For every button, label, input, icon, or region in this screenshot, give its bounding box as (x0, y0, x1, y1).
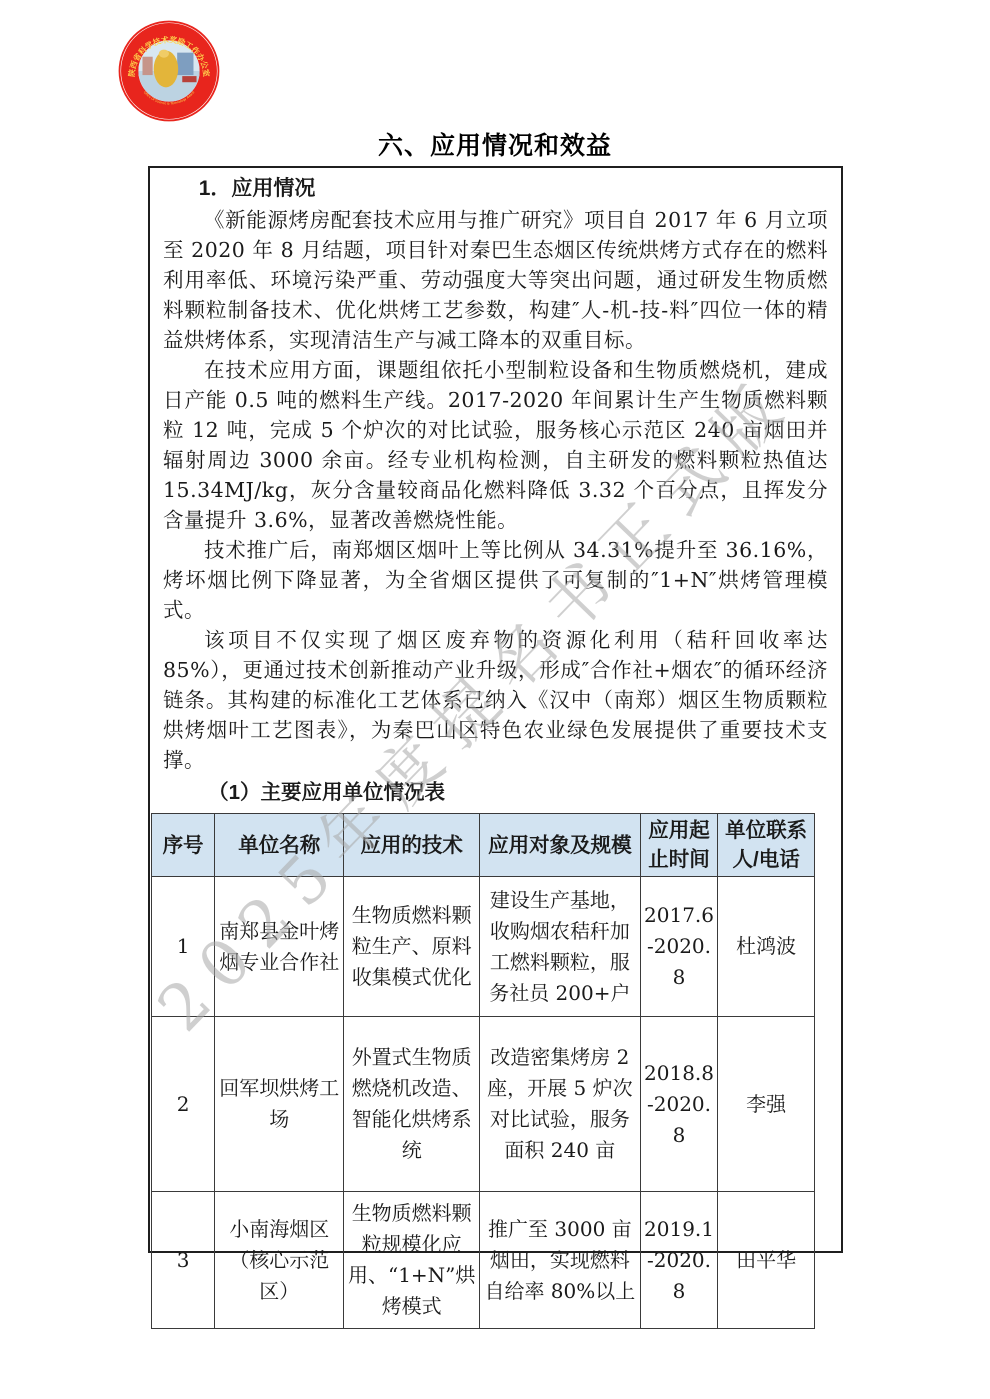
cell-contact: 杜鸿波 (718, 877, 815, 1017)
paragraph-3: 技术推广后，南郑烟区烟叶上等比例从 34.31%提升至 36.16%，烤坏烟比例… (163, 535, 828, 625)
cell-index: 2 (152, 1017, 215, 1192)
header-time-range: 应用起止时间 (640, 814, 717, 877)
application-units-table: 序号 单位名称 应用的技术 应用对象及规模 应用起止时间 单位联系人/电话 1 … (151, 813, 815, 1329)
cell-technology: 生物质燃料颗粒规模化应用、“1+N”烘烤模式 (344, 1192, 479, 1329)
paragraph-4: 该项目不仅实现了烟区废弃物的资源化利用（秸秆回收率达 85%），更通过技术创新推… (163, 625, 828, 775)
table-row: 3 小南海烟区（核心示范区） 生物质燃料颗粒规模化应用、“1+N”烘烤模式 推广… (152, 1192, 815, 1329)
cell-time-range: 2018.8-2020.8 (640, 1017, 717, 1192)
header-contact: 单位联系人/电话 (718, 814, 815, 877)
cell-technology: 外置式生物质燃烧机改造、智能化烘烤系统 (344, 1017, 479, 1192)
official-seal-logo: 陕西省科学技术奖励工作办公室 Office Of Science & Techn… (118, 20, 220, 122)
header-index: 序号 (152, 814, 215, 877)
cell-unit-name: 南郑县金叶烤烟专业合作社 (215, 877, 344, 1017)
header-scope: 应用对象及规模 (479, 814, 640, 877)
table-row: 1 南郑县金叶烤烟专业合作社 生物质燃料颗粒生产、原料收集模式优化 建设生产基地… (152, 877, 815, 1017)
cell-index: 1 (152, 877, 215, 1017)
cell-scope: 建设生产基地，收购烟农秸秆加工燃料颗粒，服务社员 200+户 (479, 877, 640, 1017)
cell-time-range: 2017.6-2020.8 (640, 877, 717, 1017)
cell-contact: 田平华 (718, 1192, 815, 1329)
table-header-row: 序号 单位名称 应用的技术 应用对象及规模 应用起止时间 单位联系人/电话 (152, 814, 815, 877)
page-title: 六、应用情况和效益 (0, 126, 990, 162)
table-row: 2 回军坝烘烤工场 外置式生物质燃烧机改造、智能化烘烤系统 改造密集烤房 2 座… (152, 1017, 815, 1192)
paragraph-1: 《新能源烤房配套技术应用与推广研究》项目自 2017 年 6 月立项至 2020… (163, 205, 828, 355)
cell-unit-name: 小南海烟区（核心示范区） (215, 1192, 344, 1329)
header-unit-name: 单位名称 (215, 814, 344, 877)
section-heading: 1．应用情况 (163, 173, 828, 205)
cell-index: 3 (152, 1192, 215, 1329)
table-caption: （1）主要应用单位情况表 (163, 777, 828, 809)
paragraph-2: 在技术应用方面，课题组依托小型制粒设备和生物质燃烧机，建成日产能 0.5 吨的燃… (163, 355, 828, 535)
cell-scope: 改造密集烤房 2 座，开展 5 炉次对比试验，服务面积 240 亩 (479, 1017, 640, 1192)
cell-unit-name: 回军坝烘烤工场 (215, 1017, 344, 1192)
cell-time-range: 2019.1-2020.8 (640, 1192, 717, 1329)
cell-contact: 李强 (718, 1017, 815, 1192)
cell-technology: 生物质燃料颗粒生产、原料收集模式优化 (344, 877, 479, 1017)
content-border-box: 1．应用情况 《新能源烤房配套技术应用与推广研究》项目自 2017 年 6 月立… (148, 166, 843, 1253)
header-technology: 应用的技术 (344, 814, 479, 877)
cell-scope: 推广至 3000 亩烟田，实现燃料自给率 80%以上 (479, 1192, 640, 1329)
